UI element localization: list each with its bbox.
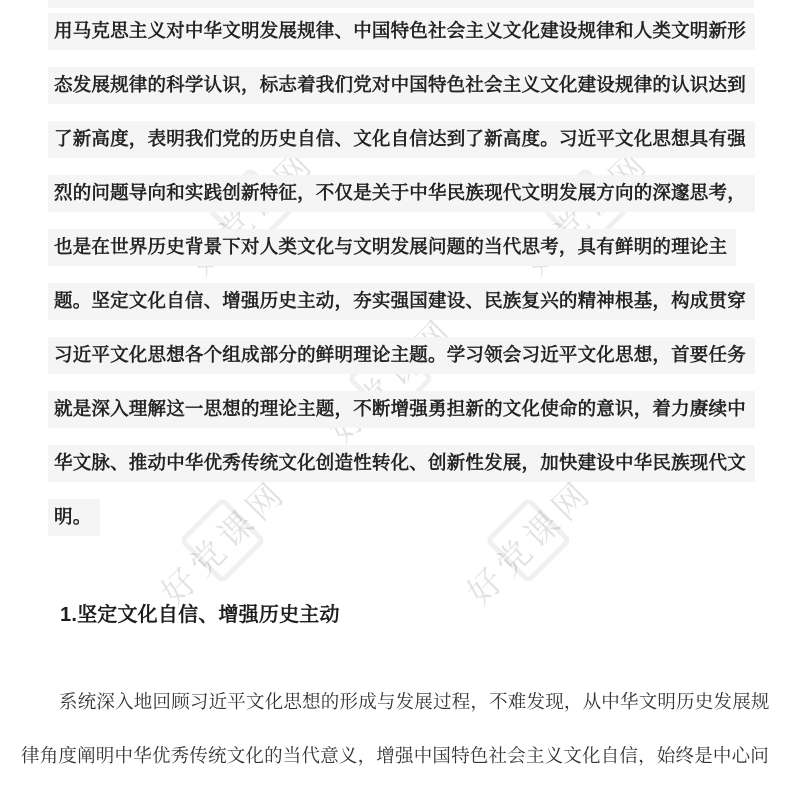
paragraph-line: 烈的问题导向和实践创新特征，不仅是关于中华民族现代文明发展方向的深邃思考， [48, 175, 755, 212]
paragraph-line: 律角度阐明中华优秀传统文化的当代意义，增强中国特色社会主义文化自信，始终是中心问 [21, 746, 770, 766]
paragraph-line-text: 华文脉、推动中华优秀传统文化创造性转化、创新性发展，加快建设中华民族现代文 [48, 445, 755, 482]
paragraph-line: 华文脉、推动中华优秀传统文化创造性转化、创新性发展，加快建设中华民族现代文 [48, 445, 755, 482]
paragraph-line: 就是深入理解这一思想的理论主题，不断增强勇担新的文化使命的意识，着力赓续中 [48, 391, 755, 428]
paragraph-2: 系统深入地回顾习近平文化思想的形成与发展过程，不难发现，从中华文明历史发展规 律… [21, 692, 770, 800]
paragraph-1: 用马克思主义对中华文明发展规律、中国特色社会主义文化建设规律和人类文明新形 态发… [48, 13, 755, 553]
paragraph-line-text: 也是在世界历史背景下对人类文化与文明发展问题的当代思考，具有鲜明的理论主 [48, 229, 736, 266]
previous-line-highlight-fragment [48, 0, 754, 8]
paragraph-line: 也是在世界历史背景下对人类文化与文明发展问题的当代思考，具有鲜明的理论主 [48, 229, 755, 266]
paragraph-line-text: 系统深入地回顾习近平文化思想的形成与发展过程，不难发现，从中华文明历史发展规 [59, 691, 770, 712]
paragraph-line: 系统深入地回顾习近平文化思想的形成与发展过程，不难发现，从中华文明历史发展规 [21, 692, 770, 712]
paragraph-line-text: 习近平文化思想各个组成部分的鲜明理论主题。学习领会习近平文化思想，首要任务 [48, 337, 755, 374]
paragraph-line-text: 律角度阐明中华优秀传统文化的当代意义，增强中国特色社会主义文化自信，始终是中心问 [21, 745, 769, 766]
document-page: { "page": { "background": "#ffffff" }, "… [0, 0, 800, 800]
paragraph-line-text: 态发展规律的科学认识，标志着我们党对中国特色社会主义文化建设规律的认识达到 [48, 67, 755, 104]
section-heading: 1.坚定文化自信、增强历史主动 [60, 603, 340, 627]
paragraph-line-text: 用马克思主义对中华文明发展规律、中国特色社会主义文化建设规律和人类文明新形 [48, 13, 755, 50]
document-body: 用马克思主义对中华文明发展规律、中国特色社会主义文化建设规律和人类文明新形 态发… [0, 0, 800, 800]
paragraph-line: 用马克思主义对中华文明发展规律、中国特色社会主义文化建设规律和人类文明新形 [48, 13, 755, 50]
paragraph-line-text: 了新高度，表明我们党的历史自信、文化自信达到了新高度。习近平文化思想具有强 [48, 121, 755, 158]
paragraph-line: 态发展规律的科学认识，标志着我们党对中国特色社会主义文化建设规律的认识达到 [48, 67, 755, 104]
paragraph-line-text: 烈的问题导向和实践创新特征，不仅是关于中华民族现代文明发展方向的深邃思考， [48, 175, 755, 212]
paragraph-line-text: 明。 [48, 499, 100, 536]
paragraph-line: 了新高度，表明我们党的历史自信、文化自信达到了新高度。习近平文化思想具有强 [48, 121, 755, 158]
paragraph-line-text: 题。坚定文化自信、增强历史主动，夯实强国建设、民族复兴的精神根基，构成贯穿 [48, 283, 755, 320]
paragraph-line: 习近平文化思想各个组成部分的鲜明理论主题。学习领会习近平文化思想，首要任务 [48, 337, 755, 374]
paragraph-line: 题。坚定文化自信、增强历史主动，夯实强国建设、民族复兴的精神根基，构成贯穿 [48, 283, 755, 320]
paragraph-line: 明。 [48, 499, 755, 536]
paragraph-line-text: 就是深入理解这一思想的理论主题，不断增强勇担新的文化使命的意识，着力赓续中 [48, 391, 755, 428]
